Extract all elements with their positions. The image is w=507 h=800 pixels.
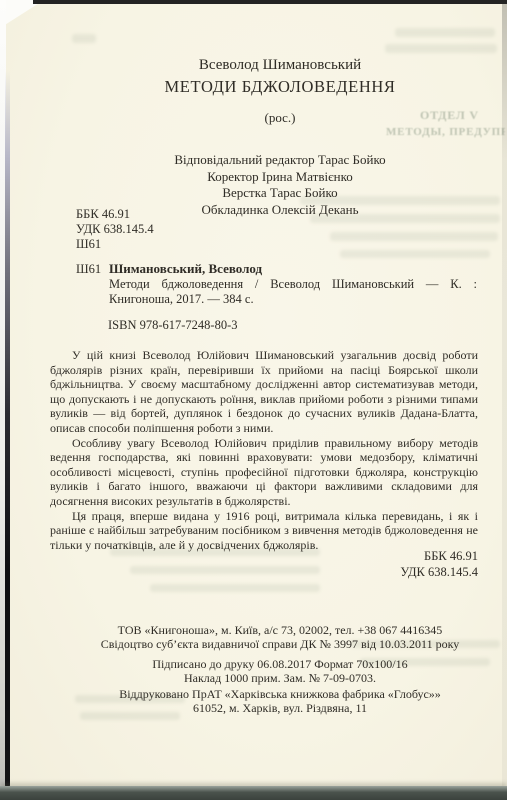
publisher-address: ТОВ «Книгоноша», м. Київ, а/с 73, 02002,… (55, 624, 505, 638)
scanned-book-imprint-page: ОТДЕЛ V МЕТОДЫ, ПРЕДУПРЕЖДАЮЩИ Всеволод … (0, 0, 507, 800)
annotation-paragraph: Ця праця, вперше видана у 1916 році, вит… (50, 509, 478, 553)
catalog-entry: Ш61 Шимановський, Всеволод Методи бджоло… (76, 261, 477, 307)
bleedthrough-smudge (330, 232, 498, 241)
scan-edge-bottom (0, 786, 507, 800)
bleedthrough-text: МЕТОДЫ, ПРЕДУПРЕЖДАЮЩИ (386, 126, 505, 138)
bbk-code: ББК 46.91 (50, 549, 478, 565)
bleedthrough-smudge (72, 34, 96, 43)
classification-codes-left: ББК 46.91 УДК 638.145.4 Ш61 (76, 207, 154, 252)
print-run-info: Підписано до друку 06.08.2017 Формат 70х… (55, 658, 505, 686)
udk-code: УДК 638.145.4 (50, 565, 478, 581)
book-title: МЕТОДИ БДЖОЛОВЕДЕННЯ (55, 77, 505, 97)
credit-editor: Відповідальний редактор Тарас Бойко (55, 152, 505, 169)
bbk-code: ББК 46.91 (76, 207, 154, 222)
publisher-info: ТОВ «Книгоноша», м. Київ, а/с 73, 02002,… (55, 624, 505, 652)
annotation-paragraph: Особливу увагу Всеволод Юлійович приділи… (50, 436, 478, 509)
catalog-index: Ш61 (76, 262, 101, 277)
publisher-certificate: Свідоцтво суб’єкта видавничої справи ДК … (55, 638, 505, 652)
author-sign-code: Ш61 (76, 237, 154, 252)
classification-codes-right: ББК 46.91 УДК 638.145.4 (50, 549, 478, 580)
credit-layout: Верстка Тарас Бойко (55, 185, 505, 202)
annotation-paragraph: У цій книзі Всеволод Юлійович Шимановськ… (50, 348, 478, 436)
scan-edge-top (33, 0, 507, 4)
bleedthrough-smudge (385, 44, 497, 53)
catalog-author: Шимановський, Всеволод (109, 261, 262, 276)
bleedthrough-smudge (395, 28, 495, 37)
bleedthrough-smudge (150, 584, 320, 592)
scan-edge-right (502, 3, 507, 787)
printing-house-address: 61052, м. Харків, вул. Різдвяна, 11 (55, 702, 505, 716)
annotation-block: У цій книзі Всеволод Юлійович Шимановськ… (50, 348, 478, 552)
book-author: Всеволод Шимановський (55, 57, 505, 74)
scan-edge-left-shadow (5, 70, 10, 787)
credit-proofreader: Коректор Ірина Матвієнко (55, 169, 505, 186)
printing-house-info: Віддруковано ПрАТ «Харківська книжкова ф… (55, 688, 505, 716)
catalog-description: Методи бджоловедення / Всеволод Шимановс… (109, 277, 477, 306)
bleedthrough-smudge (340, 250, 490, 258)
udk-code: УДК 638.145.4 (76, 222, 154, 237)
print-date-format: Підписано до друку 06.08.2017 Формат 70х… (55, 658, 505, 672)
printing-house: Віддруковано ПрАТ «Харківська книжкова ф… (55, 688, 505, 702)
language-note: (рос.) (55, 110, 505, 126)
isbn: ISBN 978-617-7248-80-3 (108, 318, 238, 333)
print-run: Наклад 1000 прим. Зам. № 7-09-0703. (55, 672, 505, 686)
